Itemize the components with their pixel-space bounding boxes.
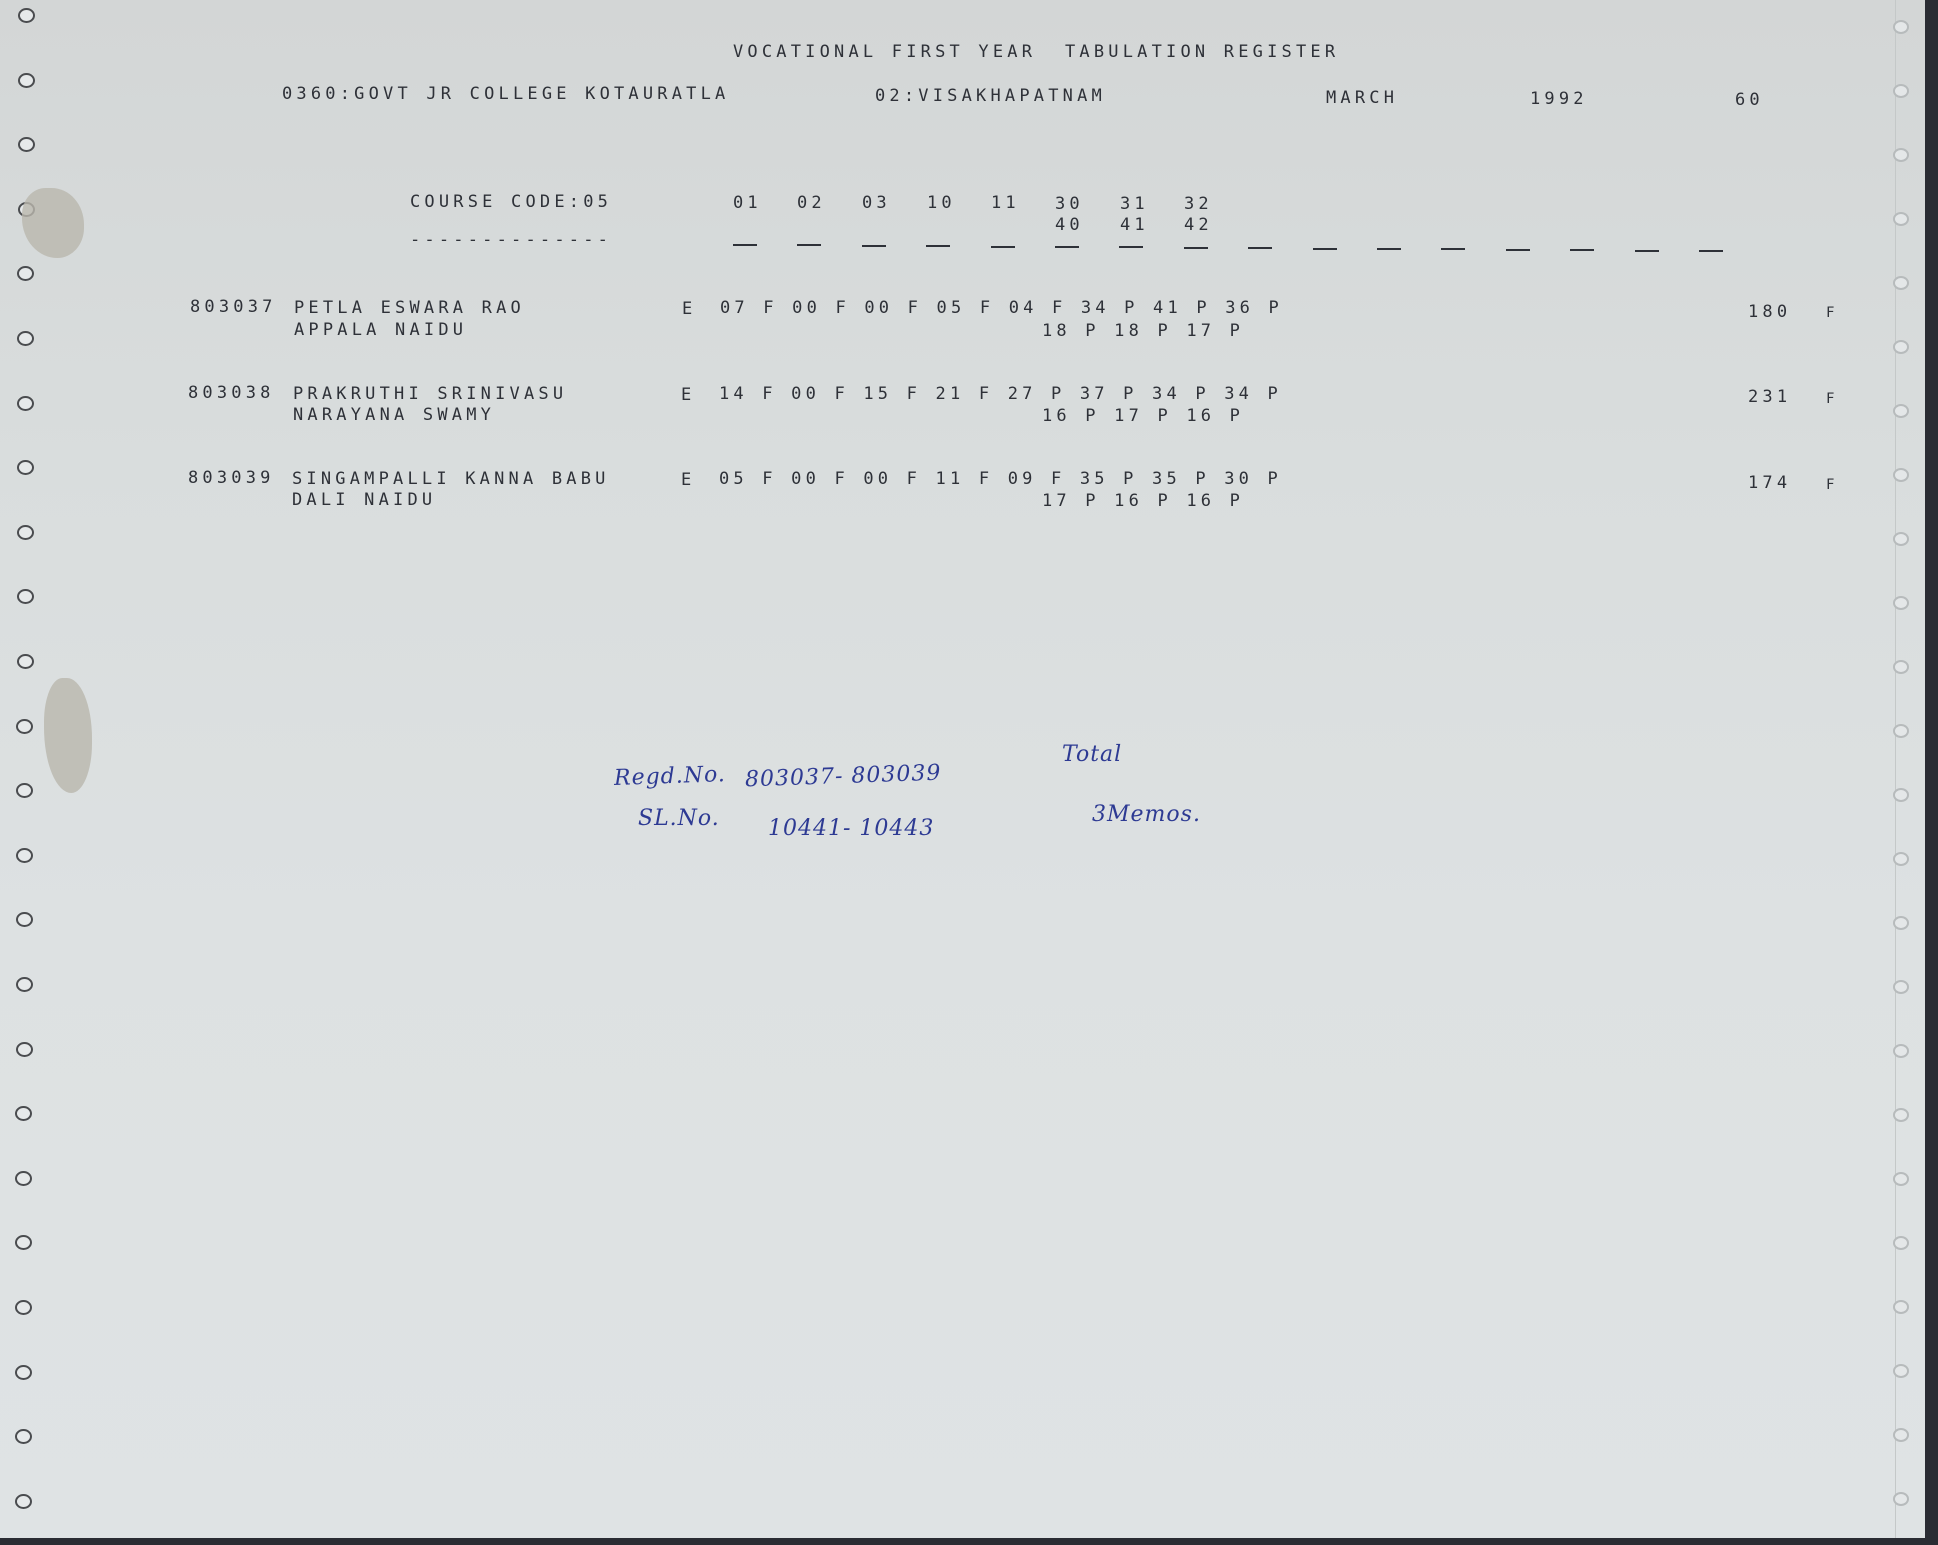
subject-code: 10 <box>927 193 956 213</box>
subject-separator-dash <box>1248 247 1272 249</box>
feed-hole <box>17 331 34 346</box>
feed-hole <box>1893 1492 1909 1506</box>
feed-hole <box>18 73 35 88</box>
feed-hole <box>1893 724 1909 738</box>
result: F <box>1826 475 1839 495</box>
feed-hole <box>1893 788 1909 802</box>
handwritten-reg-label: Regd.No. <box>614 762 727 791</box>
feed-hole <box>1893 468 1909 482</box>
feed-hole <box>16 977 33 992</box>
total-marks: 174 <box>1748 473 1791 493</box>
registration-number: 803039 <box>188 468 275 488</box>
handwritten-reg-range: 803037- 803039 <box>745 761 942 793</box>
feed-hole <box>1893 276 1909 290</box>
feed-hole <box>1893 1428 1909 1442</box>
feed-hole <box>15 1494 32 1509</box>
subject-code: 32 <box>1184 194 1213 214</box>
feed-hole <box>15 1106 32 1121</box>
printout-sheet: VOCATIONAL FIRST YEAR TABULATION REGISTE… <box>0 0 1925 1538</box>
handwritten-memo-count: 3Memos. <box>1092 802 1201 827</box>
college-name: 0360:GOVT JR COLLEGE KOTAURATLA <box>282 84 729 104</box>
feed-hole <box>15 1365 32 1380</box>
father-name: APPALA NAIDU <box>294 320 467 340</box>
result: F <box>1826 303 1839 323</box>
feed-hole <box>16 912 33 927</box>
feed-hole <box>15 1171 32 1186</box>
subject-separator-dash <box>991 246 1015 248</box>
report-title: VOCATIONAL FIRST YEAR TABULATION REGISTE… <box>733 42 1339 62</box>
marks-row-1: 05 F 00 F 00 F 11 F 09 F 35 P 35 P 30 P <box>719 469 1282 489</box>
subject-separator-dash <box>862 245 886 247</box>
handwritten-total-label: Total <box>1062 742 1122 767</box>
feed-hole <box>16 1042 33 1057</box>
exam-year: 1992 <box>1530 89 1588 109</box>
feed-hole <box>1893 148 1909 162</box>
handwritten-sl-label: SL.No. <box>638 806 720 831</box>
paper-tear-mark <box>44 678 92 793</box>
result: F <box>1826 389 1839 409</box>
feed-hole <box>1893 340 1909 354</box>
feed-hole <box>1893 980 1909 994</box>
feed-hole <box>1893 1108 1909 1122</box>
subject-separator-dash <box>1699 250 1723 252</box>
registration-number: 803038 <box>188 383 275 403</box>
subject-separator-dash <box>926 245 950 247</box>
feed-hole <box>1893 596 1909 610</box>
marks-row-1: 07 F 00 F 00 F 05 F 04 F 34 P 41 P 36 P <box>720 298 1283 318</box>
student-name: PETLA ESWARA RAO <box>294 298 525 318</box>
father-name: NARAYANA SWAMY <box>293 405 495 425</box>
feed-hole <box>15 1429 32 1444</box>
marks-row-1: 14 F 00 F 15 F 21 F 27 P 37 P 34 P 34 P <box>719 384 1282 404</box>
subject-separator-dash <box>1055 246 1079 248</box>
district-name: 02:VISAKHAPATNAM <box>875 86 1106 106</box>
feed-hole <box>1893 916 1909 930</box>
subject-separator-dash <box>797 244 821 246</box>
subject-code: 03 <box>862 193 891 213</box>
total-marks: 180 <box>1748 302 1791 322</box>
subject-code: 30 <box>1055 194 1084 214</box>
subject-separator-dash <box>1570 249 1594 251</box>
feed-hole <box>16 783 33 798</box>
subject-code: 01 <box>733 193 762 213</box>
feed-hole <box>18 137 35 152</box>
feed-hole <box>1893 1300 1909 1314</box>
subject-code: 40 <box>1055 215 1084 235</box>
feed-hole <box>1893 852 1909 866</box>
feed-hole <box>1893 1172 1909 1186</box>
medium: E <box>682 299 696 319</box>
subject-code: 41 <box>1120 215 1149 235</box>
feed-hole <box>17 654 34 669</box>
feed-hole <box>15 1300 32 1315</box>
feed-hole <box>1893 20 1909 34</box>
feed-hole <box>17 266 34 281</box>
exam-month: MARCH <box>1326 88 1398 108</box>
feed-hole <box>16 848 33 863</box>
medium: E <box>681 385 695 405</box>
father-name: DALI NAIDU <box>292 490 436 510</box>
subject-separator-dash <box>1119 246 1143 248</box>
subject-separator-dash <box>1635 250 1659 252</box>
feed-hole <box>16 719 33 734</box>
subject-separator-dash <box>1313 248 1337 250</box>
student-name: PRAKRUTHI SRINIVASU <box>293 384 567 404</box>
registration-number: 803037 <box>190 297 277 317</box>
subject-separator-dash <box>1506 249 1530 251</box>
subject-separator-dash <box>1441 248 1465 250</box>
page-number: 60 <box>1735 90 1764 110</box>
subject-separator-dash <box>1184 247 1208 249</box>
feed-hole <box>15 1235 32 1250</box>
feed-hole <box>1893 84 1909 98</box>
marks-row-2: 16 P 17 P 16 P <box>1042 406 1244 426</box>
feed-hole <box>18 8 35 23</box>
subject-code: 31 <box>1120 194 1149 214</box>
feed-hole <box>1893 404 1909 418</box>
feed-hole <box>1893 1044 1909 1058</box>
right-tractor-feed-strip <box>1878 0 1925 1538</box>
subject-code: 42 <box>1184 215 1213 235</box>
subject-code: 02 <box>797 193 826 213</box>
total-marks: 231 <box>1748 387 1791 407</box>
feed-hole <box>1893 1236 1909 1250</box>
feed-hole <box>17 396 34 411</box>
feed-hole <box>17 525 34 540</box>
feed-hole <box>17 460 34 475</box>
student-name: SINGAMPALLI KANNA BABU <box>292 469 610 489</box>
course-code-label: COURSE CODE:05 <box>410 192 612 212</box>
feed-hole <box>17 589 34 604</box>
handwritten-sl-range: 10441- 10443 <box>768 816 934 841</box>
marks-row-2: 17 P 16 P 16 P <box>1042 491 1244 511</box>
feed-hole <box>1893 532 1909 546</box>
subject-separator-dash <box>733 244 757 246</box>
course-code-underline: -------------- <box>410 230 612 250</box>
feed-hole <box>1893 1364 1909 1378</box>
feed-hole <box>1893 212 1909 226</box>
medium: E <box>681 470 695 490</box>
feed-hole <box>1893 660 1909 674</box>
subject-code: 11 <box>991 193 1020 213</box>
marks-row-2: 18 P 18 P 17 P <box>1042 321 1244 341</box>
subject-separator-dash <box>1377 248 1401 250</box>
